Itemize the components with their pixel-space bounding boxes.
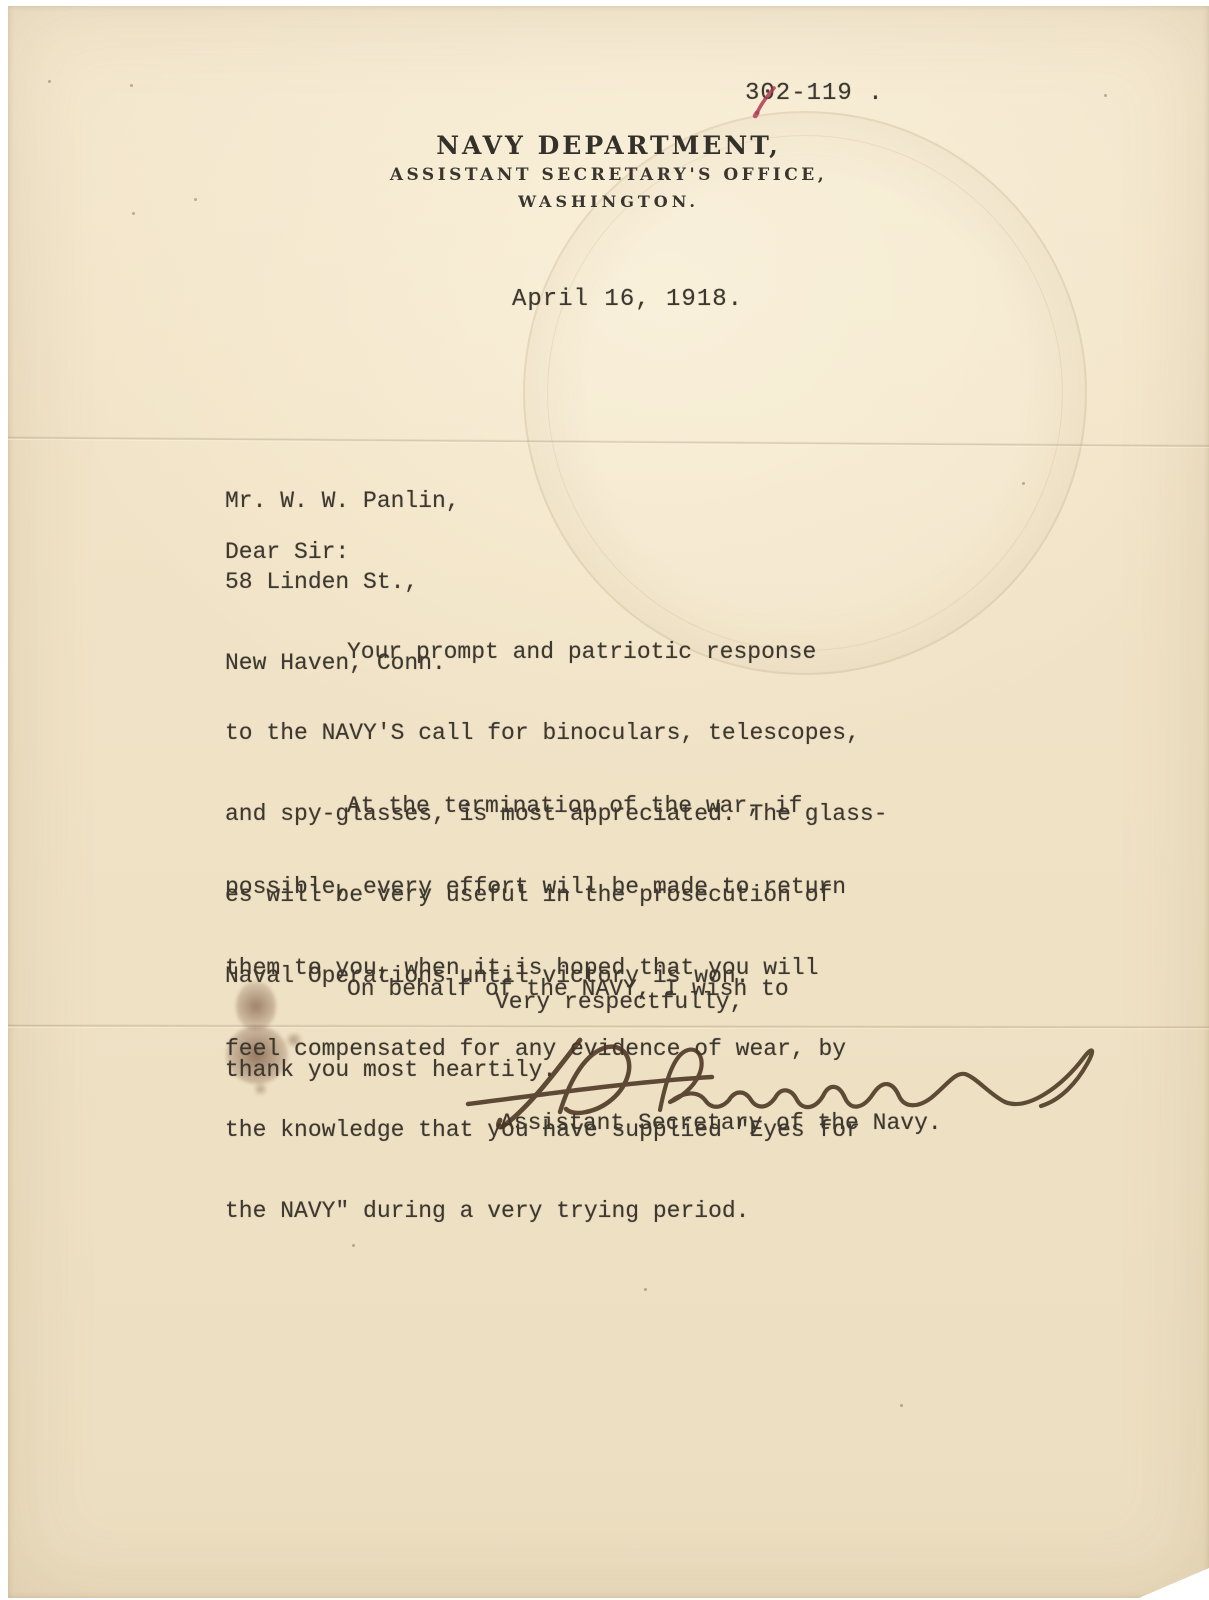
paper-speck: [48, 80, 51, 83]
paper-speck: [130, 84, 133, 87]
body-line: At the termination of the war, if: [225, 793, 860, 820]
letter-date: April 16, 1918.: [512, 286, 743, 313]
body-line: possible, every effort will be made to r…: [225, 874, 860, 901]
red-check-mark: [752, 86, 778, 120]
paper-speck: [900, 1404, 903, 1407]
paper-speck: [1104, 94, 1107, 97]
letterhead-office: ASSISTANT SECRETARY'S OFFICE,: [8, 162, 1209, 189]
paper-speck: [1022, 482, 1025, 485]
corner-clip: [1139, 1568, 1209, 1598]
recipient-name: Mr. W. W. Panlin,: [225, 488, 460, 515]
letterhead: NAVY DEPARTMENT, ASSISTANT SECRETARY'S O…: [8, 130, 1209, 214]
body-line: Your prompt and patriotic response: [225, 639, 888, 666]
letter-paper: 302-119 . NAVY DEPARTMENT, ASSISTANT SEC…: [8, 6, 1209, 1598]
letterhead-city: WASHINGTON.: [8, 189, 1209, 214]
body-line: the NAVY" during a very trying period.: [225, 1198, 860, 1225]
signature-script: [420, 1016, 1120, 1146]
letterhead-department: NAVY DEPARTMENT,: [8, 130, 1209, 162]
scanned-letter-background: { "document": { "doc_number": "302-119 .…: [0, 0, 1209, 1600]
closing-valediction: Very respectfully,: [495, 989, 743, 1016]
paper-speck: [644, 1288, 647, 1291]
salutation: Dear Sir:: [225, 539, 349, 566]
